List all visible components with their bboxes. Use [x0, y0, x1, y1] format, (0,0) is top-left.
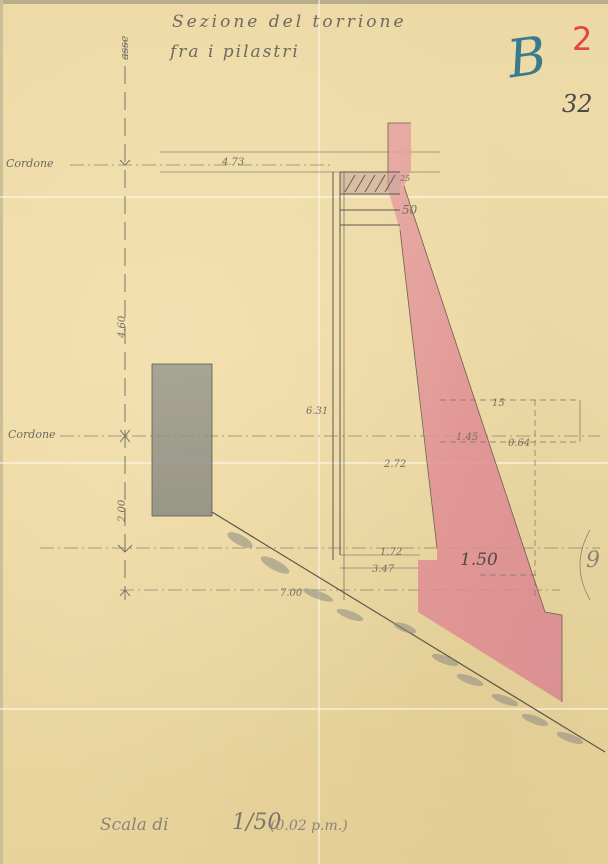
drawing-title: Sezione del torrione: [172, 12, 407, 32]
archive-letter: B: [504, 26, 550, 91]
axis-label: asse: [118, 36, 131, 60]
scale-prefix: Scala di: [100, 815, 169, 835]
dim-mid-width: 2.72: [384, 459, 406, 470]
right-mark: 9: [586, 548, 600, 573]
dim-cornice-height: 50: [402, 203, 417, 217]
dim-vertical-upper: 4.60: [117, 316, 128, 338]
dim-base-offset-1: 1.72: [380, 547, 402, 558]
dim-cornice-depth: 25: [400, 174, 410, 183]
dim-slope-3: 0.64: [508, 438, 530, 449]
dim-ground-level: 7.00: [280, 588, 302, 599]
inner-verticals: [333, 172, 344, 600]
dim-base-width: 1.50: [460, 550, 498, 570]
archive-number-pencil: 32: [562, 90, 593, 118]
section-drawing: [0, 0, 608, 864]
pillar-block: [152, 364, 212, 516]
dim-top-width: 4.73: [222, 157, 244, 168]
drawing-subtitle: fra i pilastri: [170, 42, 300, 62]
drawing-sheet: Sezione del torrione fra i pilastri B 2 …: [0, 0, 608, 864]
level-label-upper: Cordone: [6, 157, 54, 170]
dim-slope-2: 1.45: [456, 432, 478, 443]
dim-vertical-lower: 2.00: [117, 500, 128, 522]
scale-parenthetical: (0.02 p.m.): [270, 818, 348, 834]
dim-slope-1: 15: [492, 398, 505, 409]
dim-base-offset-2: 3.47: [372, 564, 394, 575]
dim-inner-height: 6.31: [306, 406, 328, 417]
archive-number-red: 2: [572, 20, 592, 58]
level-label-lower: Cordone: [8, 428, 56, 441]
